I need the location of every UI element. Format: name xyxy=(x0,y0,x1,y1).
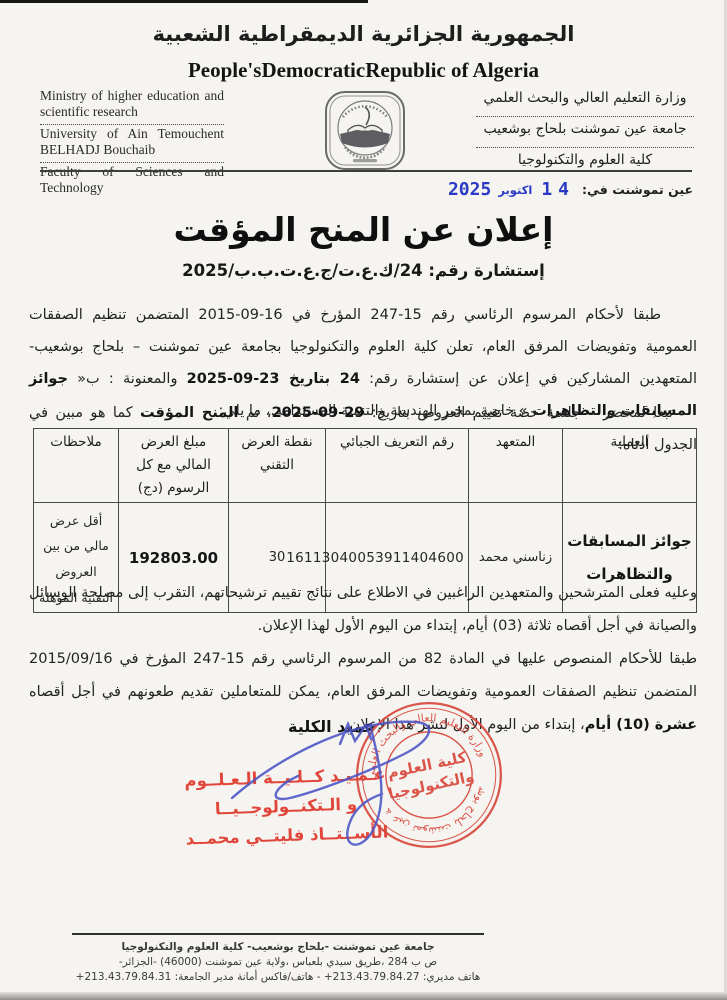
university-name-arabic: جامعة عين تموشنت بلحاج بوشعيب xyxy=(476,117,694,148)
handwritten-signature xyxy=(220,700,472,862)
university-seal-icon xyxy=(321,89,409,173)
faculty-name-english: Faculty of Sciences and Technology xyxy=(40,163,224,200)
scan-artifact-bottom-edge xyxy=(0,992,727,1000)
country-title-english: People'sDemocraticRepublic of Algeria xyxy=(0,58,727,83)
p4-text-1: طبقا للأحكام المنصوص عليها في المادة 82 … xyxy=(29,651,697,700)
date-stamp-month: اكتوبر xyxy=(498,183,532,197)
p2-provisional-award: المنح المؤقت xyxy=(140,405,238,421)
table-header-row: العملية المتعهد رقم التعريف الجبائي نقطة… xyxy=(34,429,697,503)
paragraph-consultation-results: وعليه فعلى المترشحين والمتعهدين الراغبين… xyxy=(29,577,697,643)
faculty-name-arabic: كلية العلوم والتكنولوجيا xyxy=(476,148,694,178)
footer-address-line: ص ب 284 ،طريق سيدي بلعباس ،ولاية عين تمو… xyxy=(18,955,538,970)
footer-divider-line xyxy=(72,933,484,935)
col-header-amount: مبلغ العرض المالي مع كل الرسوم (دج) xyxy=(119,429,229,503)
p2-text-2: ، تم xyxy=(238,405,271,421)
university-name-english: University of Ain Temouchent BELHADJ Bou… xyxy=(40,125,224,163)
p1-text-2: والمعنونة : ب« xyxy=(68,371,187,387)
p4-appeal-deadline: عشرة (10) أيام xyxy=(585,717,697,733)
p2-session-date: 29-09-2025 xyxy=(272,405,365,421)
footer-university-line: جامعة عين تموشنت -بلحاج بوشعيب- كلية الع… xyxy=(18,940,538,955)
university-seal-logo xyxy=(321,89,409,173)
announcement-title: إعلان عن المنح المؤقت xyxy=(0,210,727,249)
header-right-block: وزارة التعليم العالي والبحث العلمي جامعة… xyxy=(476,86,694,178)
col-header-bidder: المتعهد xyxy=(469,429,563,503)
col-header-operation: العملية xyxy=(563,429,697,503)
p2-text-1: تبعا لمحضر – جلسة حصة تقييم العروض بتاري… xyxy=(364,405,673,421)
date-stamp-year: 2025 xyxy=(448,179,491,200)
date-place-label: عين تموشنت في: xyxy=(582,182,693,197)
scanned-document-page: الجمهورية الجزائرية الديمقراطية الشعبية … xyxy=(0,0,727,1000)
col-header-notes: ملاحظات xyxy=(34,429,119,503)
date-line: عين تموشنت في: 14 اكتوبر 2025 xyxy=(448,179,693,200)
col-header-technical-score: نقطة العرض التقني xyxy=(229,429,326,503)
consultation-reference: إستشارة رقم: 24/ك.ع.ت/ج.ع.ت.ب.ب/2025 xyxy=(0,261,727,280)
header-left-block: Ministry of higher education and scienti… xyxy=(40,87,224,200)
ministry-name-english: Ministry of higher education and scienti… xyxy=(40,87,224,125)
header-divider-line xyxy=(40,170,692,172)
date-stamp-day: 14 xyxy=(541,179,575,200)
footer-phone-line: هاتف مديري: ‎+213.43.79.84.27‎ - هاتف/فا… xyxy=(18,970,538,985)
col-header-tax-id: رقم التعريف الجبائي xyxy=(326,429,469,503)
country-title-arabic: الجمهورية الجزائرية الديمقراطية الشعبية xyxy=(0,22,727,46)
p1-consultation-number: 24 بتاريخ 23-09-2025 xyxy=(187,371,360,387)
page-footer: جامعة عين تموشنت -بلحاج بوشعيب- كلية الع… xyxy=(18,933,538,985)
scan-artifact-top-edge xyxy=(0,0,368,3)
ministry-name-arabic: وزارة التعليم العالي والبحث العلمي xyxy=(476,86,694,117)
